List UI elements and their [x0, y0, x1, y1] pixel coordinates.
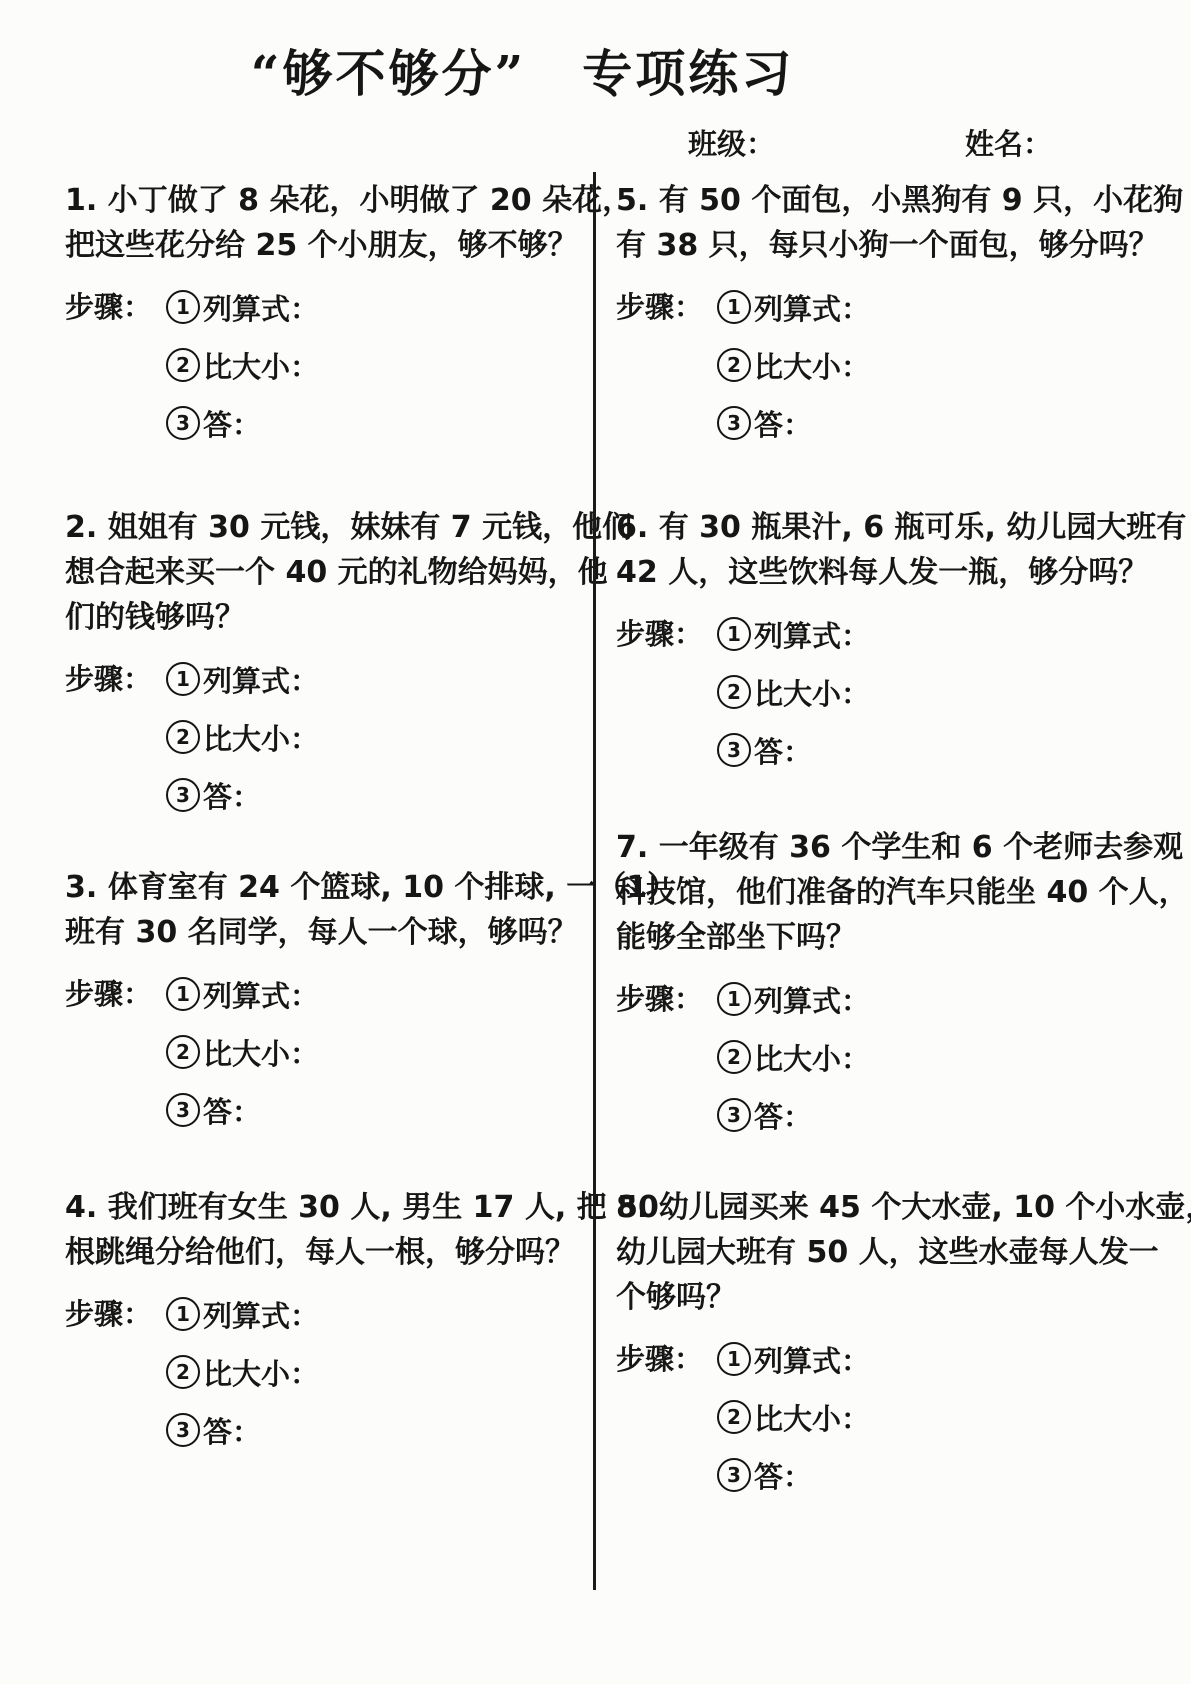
- problem-text: 7. 一年级有 36 个学生和 6 个老师去参观 科技馆，他们准备的汽车只能坐 …: [616, 825, 1191, 960]
- step-label: 答：: [203, 1410, 261, 1451]
- step-label: 列算式：: [754, 614, 870, 655]
- step-label: 列算式：: [203, 659, 319, 700]
- step-item-compare: 2 比大小：: [717, 1040, 870, 1074]
- circled-number-icon: 3: [166, 1093, 200, 1127]
- problem-text-line: 有 38 只，每只小狗一个面包，够分吗？: [616, 223, 1191, 268]
- circled-number-icon: 2: [717, 1400, 751, 1434]
- step-label: 比大小：: [203, 1032, 319, 1073]
- circled-number-icon: 1: [166, 662, 200, 696]
- problem-block-5: 5. 有 50 个面包，小黑狗有 9 只，小花狗 有 38 只，每只小狗一个面包…: [616, 178, 1191, 505]
- problem-text-line: 想合起来买一个 40 元的礼物给妈妈，他: [65, 550, 565, 595]
- problem-text-line: 3. 体育室有 24 个篮球, 10 个排球, 一（1）: [65, 865, 565, 910]
- step-item-equation: 1 列算式：: [717, 1342, 870, 1376]
- steps-row: 步骤： 1 列算式： 2 比大小： 3 答：: [65, 1297, 565, 1471]
- worksheet-page: “够不够分” 专项练习 班级： 姓名： 1. 小丁做了 8 朵花，小明做了 20…: [0, 0, 1191, 1684]
- step-item-answer: 3 答：: [166, 406, 319, 440]
- column-left: 1. 小丁做了 8 朵花，小明做了 20 朵花， 把这些花分给 25 个小朋友，…: [0, 172, 593, 1590]
- steps-row: 步骤： 1 列算式： 2 比大小： 3 答：: [616, 617, 1191, 791]
- problem-block-1: 1. 小丁做了 8 朵花，小明做了 20 朵花， 把这些花分给 25 个小朋友，…: [65, 178, 565, 505]
- class-label: 班级：: [688, 122, 775, 163]
- step-label: 答：: [754, 730, 812, 771]
- header-fields: 班级： 姓名：: [0, 122, 1191, 166]
- step-item-answer: 3 答：: [717, 733, 870, 767]
- step-items: 1 列算式： 2 比大小： 3 答：: [166, 290, 319, 464]
- steps-label: 步骤：: [616, 617, 703, 651]
- circled-number-icon: 3: [166, 1413, 200, 1447]
- steps-label: 步骤：: [616, 982, 703, 1016]
- step-item-equation: 1 列算式：: [166, 977, 319, 1011]
- step-item-answer: 3 答：: [717, 1458, 870, 1492]
- step-item-compare: 2 比大小：: [717, 1400, 870, 1434]
- steps-row: 步骤： 1 列算式： 2 比大小： 3 答：: [616, 982, 1191, 1156]
- problem-text-line: 42 人，这些饮料每人发一瓶，够分吗？: [616, 550, 1191, 595]
- steps-row: 步骤： 1 列算式： 2 比大小： 3 答：: [65, 662, 565, 836]
- problem-text-line: 8. 幼儿园买来 45 个大水壶, 10 个小水壶，: [616, 1185, 1191, 1230]
- step-item-equation: 1 列算式：: [166, 290, 319, 324]
- step-item-equation: 1 列算式：: [717, 290, 870, 324]
- circled-number-icon: 1: [717, 617, 751, 651]
- problem-block-8: 8. 幼儿园买来 45 个大水壶, 10 个小水壶， 幼儿园大班有 50 人，这…: [616, 1185, 1191, 1516]
- step-label: 答：: [203, 1090, 261, 1131]
- problem-text-line: 2. 姐姐有 30 元钱，妹妹有 7 元钱，他们: [65, 505, 565, 550]
- circled-number-icon: 2: [717, 675, 751, 709]
- worksheet-columns: 1. 小丁做了 8 朵花，小明做了 20 朵花， 把这些花分给 25 个小朋友，…: [0, 172, 1191, 1590]
- step-label: 列算式：: [203, 974, 319, 1015]
- problem-text: 2. 姐姐有 30 元钱，妹妹有 7 元钱，他们 想合起来买一个 40 元的礼物…: [65, 505, 565, 640]
- step-item-compare: 2 比大小：: [166, 1355, 319, 1389]
- circled-number-icon: 3: [166, 406, 200, 440]
- page-title-quoted: “够不够分”: [251, 34, 527, 106]
- step-label: 列算式：: [203, 287, 319, 328]
- step-items: 1 列算式： 2 比大小： 3 答：: [717, 982, 870, 1156]
- page-title-suffix: 专项练习: [582, 34, 794, 106]
- step-item-compare: 2 比大小：: [717, 348, 870, 382]
- circled-number-icon: 1: [166, 1297, 200, 1331]
- circled-number-icon: 3: [166, 778, 200, 812]
- step-label: 答：: [754, 1455, 812, 1496]
- problem-text-line: 1. 小丁做了 8 朵花，小明做了 20 朵花，: [65, 178, 565, 223]
- problem-text-line: 班有 30 名同学，每人一个球，够吗？: [65, 910, 565, 955]
- step-item-equation: 1 列算式：: [717, 617, 870, 651]
- step-label: 列算式：: [754, 979, 870, 1020]
- step-items: 1 列算式： 2 比大小： 3 答：: [717, 1342, 870, 1516]
- problem-text: 8. 幼儿园买来 45 个大水壶, 10 个小水壶， 幼儿园大班有 50 人，这…: [616, 1185, 1191, 1320]
- step-label: 比大小：: [203, 717, 319, 758]
- circled-number-icon: 2: [166, 1355, 200, 1389]
- problem-text-line: 5. 有 50 个面包，小黑狗有 9 只，小花狗: [616, 178, 1191, 223]
- step-item-compare: 2 比大小：: [166, 720, 319, 754]
- problem-block-7: 7. 一年级有 36 个学生和 6 个老师去参观 科技馆，他们准备的汽车只能坐 …: [616, 825, 1191, 1185]
- problem-text-line: 幼儿园大班有 50 人，这些水壶每人发一: [616, 1230, 1191, 1275]
- step-label: 答：: [754, 403, 812, 444]
- circled-number-icon: 2: [166, 348, 200, 382]
- problem-text-line: 根跳绳分给他们，每人一根，够分吗？: [65, 1230, 565, 1275]
- step-label: 答：: [754, 1095, 812, 1136]
- circled-number-icon: 1: [166, 977, 200, 1011]
- step-label: 列算式：: [754, 1339, 870, 1380]
- steps-label: 步骤：: [65, 1297, 152, 1331]
- problem-block-6: 6. 有 30 瓶果汁, 6 瓶可乐, 幼儿园大班有 42 人，这些饮料每人发一…: [616, 505, 1191, 825]
- step-item-answer: 3 答：: [717, 1098, 870, 1132]
- circled-number-icon: 1: [717, 982, 751, 1016]
- steps-row: 步骤： 1 列算式： 2 比大小： 3 答：: [616, 290, 1191, 464]
- problem-text: 3. 体育室有 24 个篮球, 10 个排球, 一（1） 班有 30 名同学，每…: [65, 865, 565, 955]
- step-item-answer: 3 答：: [166, 1093, 319, 1127]
- step-item-equation: 1 列算式：: [166, 662, 319, 696]
- steps-label: 步骤：: [616, 1342, 703, 1376]
- problem-text: 5. 有 50 个面包，小黑狗有 9 只，小花狗 有 38 只，每只小狗一个面包…: [616, 178, 1191, 268]
- step-item-answer: 3 答：: [166, 1413, 319, 1447]
- circled-number-icon: 3: [717, 1458, 751, 1492]
- steps-label: 步骤：: [616, 290, 703, 324]
- step-item-equation: 1 列算式：: [166, 1297, 319, 1331]
- steps-label: 步骤：: [65, 662, 152, 696]
- step-item-equation: 1 列算式：: [717, 982, 870, 1016]
- step-item-answer: 3 答：: [166, 778, 319, 812]
- step-label: 比大小：: [754, 672, 870, 713]
- circled-number-icon: 3: [717, 733, 751, 767]
- step-label: 比大小：: [203, 1352, 319, 1393]
- problem-text-line: 把这些花分给 25 个小朋友，够不够？: [65, 223, 565, 268]
- circled-number-icon: 1: [717, 290, 751, 324]
- step-item-compare: 2 比大小：: [166, 348, 319, 382]
- step-items: 1 列算式： 2 比大小： 3 答：: [166, 662, 319, 836]
- steps-row: 步骤： 1 列算式： 2 比大小： 3 答：: [65, 290, 565, 464]
- step-label: 比大小：: [754, 345, 870, 386]
- step-items: 1 列算式： 2 比大小： 3 答：: [166, 977, 319, 1151]
- step-label: 列算式：: [203, 1294, 319, 1335]
- steps-row: 步骤： 1 列算式： 2 比大小： 3 答：: [616, 1342, 1191, 1516]
- steps-label: 步骤：: [65, 977, 152, 1011]
- step-label: 比大小：: [754, 1397, 870, 1438]
- step-label: 比大小：: [203, 345, 319, 386]
- circled-number-icon: 1: [717, 1342, 751, 1376]
- step-label: 列算式：: [754, 287, 870, 328]
- problem-text: 4. 我们班有女生 30 人, 男生 17 人, 把 50 根跳绳分给他们，每人…: [65, 1185, 565, 1275]
- circled-number-icon: 2: [166, 1035, 200, 1069]
- circled-number-icon: 2: [717, 1040, 751, 1074]
- problem-block-3: 3. 体育室有 24 个篮球, 10 个排球, 一（1） 班有 30 名同学，每…: [65, 865, 565, 1185]
- step-item-compare: 2 比大小：: [717, 675, 870, 709]
- steps-label: 步骤：: [65, 290, 152, 324]
- problem-text-line: 7. 一年级有 36 个学生和 6 个老师去参观: [616, 825, 1191, 870]
- problem-text-line: 个够吗？: [616, 1275, 1191, 1320]
- step-label: 答：: [203, 403, 261, 444]
- problem-text: 1. 小丁做了 8 朵花，小明做了 20 朵花， 把这些花分给 25 个小朋友，…: [65, 178, 565, 268]
- circled-number-icon: 3: [717, 1098, 751, 1132]
- problem-text-line: 科技馆，他们准备的汽车只能坐 40 个人，: [616, 870, 1191, 915]
- problem-text-line: 能够全部坐下吗？: [616, 915, 1191, 960]
- step-items: 1 列算式： 2 比大小： 3 答：: [166, 1297, 319, 1471]
- circled-number-icon: 2: [717, 348, 751, 382]
- problem-text-line: 6. 有 30 瓶果汁, 6 瓶可乐, 幼儿园大班有: [616, 505, 1191, 550]
- circled-number-icon: 1: [166, 290, 200, 324]
- problem-text-line: 们的钱够吗？: [65, 595, 565, 640]
- step-items: 1 列算式： 2 比大小： 3 答：: [717, 290, 870, 464]
- circled-number-icon: 2: [166, 720, 200, 754]
- name-label: 姓名：: [965, 122, 1052, 163]
- problem-text-line: 4. 我们班有女生 30 人, 男生 17 人, 把 50: [65, 1185, 565, 1230]
- problem-block-2: 2. 姐姐有 30 元钱，妹妹有 7 元钱，他们 想合起来买一个 40 元的礼物…: [65, 505, 565, 865]
- column-right: 5. 有 50 个面包，小黑狗有 9 只，小花狗 有 38 只，每只小狗一个面包…: [593, 172, 1191, 1590]
- problem-block-4: 4. 我们班有女生 30 人, 男生 17 人, 把 50 根跳绳分给他们，每人…: [65, 1185, 565, 1471]
- step-item-answer: 3 答：: [717, 406, 870, 440]
- problem-text: 6. 有 30 瓶果汁, 6 瓶可乐, 幼儿园大班有 42 人，这些饮料每人发一…: [616, 505, 1191, 595]
- steps-row: 步骤： 1 列算式： 2 比大小： 3 答：: [65, 977, 565, 1151]
- step-items: 1 列算式： 2 比大小： 3 答：: [717, 617, 870, 791]
- circled-number-icon: 3: [717, 406, 751, 440]
- step-label: 答：: [203, 775, 261, 816]
- step-label: 比大小：: [754, 1037, 870, 1078]
- page-title: “够不够分” 专项练习: [0, 34, 1118, 106]
- step-item-compare: 2 比大小：: [166, 1035, 319, 1069]
